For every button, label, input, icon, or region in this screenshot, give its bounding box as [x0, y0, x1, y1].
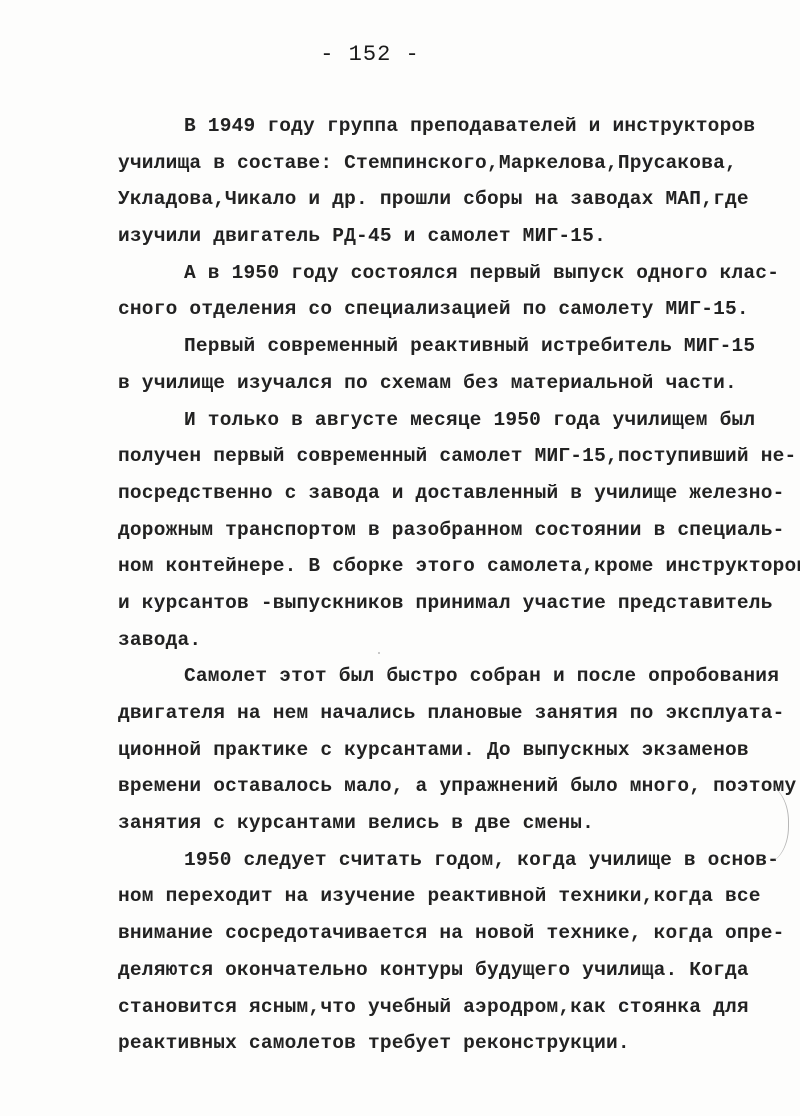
text-line: 1950 следует считать годом, когда училищ… — [118, 842, 798, 879]
text-line: реактивных самолетов требует реконструкц… — [118, 1025, 798, 1062]
paragraph: Первый современный реактивный истребител… — [118, 328, 798, 401]
text-line: ционной практике с курсантами. До выпуск… — [118, 732, 798, 769]
text-line: Укладова,Чикало и др. прошли сборы на за… — [118, 181, 798, 218]
text-line: внимание сосредотачивается на новой техн… — [118, 915, 798, 952]
scan-speck — [120, 1050, 122, 1052]
text-line: двигателя на нем начались плановые занят… — [118, 695, 798, 732]
page-number: - 152 - — [0, 42, 740, 67]
paragraph: 1950 следует считать годом, когда училищ… — [118, 842, 798, 1062]
paragraph: И только в августе месяце 1950 года учил… — [118, 402, 798, 659]
text-line: И только в августе месяце 1950 года учил… — [118, 402, 798, 439]
text-line: А в 1950 году состоялся первый выпуск од… — [118, 255, 798, 292]
text-line: получен первый современный самолет МИГ-1… — [118, 438, 798, 475]
text-line: посредственно с завода и доставленный в … — [118, 475, 798, 512]
text-line: изучили двигатель РД-45 и самолет МИГ-15… — [118, 218, 798, 255]
body-text: В 1949 году группа преподавателей и инст… — [118, 108, 798, 1062]
text-line: ном переходит на изучение реактивной тех… — [118, 878, 798, 915]
text-line: становится ясным,что учебный аэродром,ка… — [118, 989, 798, 1026]
paragraph: А в 1950 году состоялся первый выпуск од… — [118, 255, 798, 328]
text-line: В 1949 году группа преподавателей и инст… — [118, 108, 798, 145]
text-line: Первый современный реактивный истребител… — [118, 328, 798, 365]
scan-speck — [378, 652, 380, 654]
scan-speck — [600, 965, 602, 967]
text-line: в училище изучался по схемам без материа… — [118, 365, 798, 402]
document-page: - 152 - В 1949 году группа преподавателе… — [0, 0, 800, 1116]
text-line: дорожным транспортом в разобранном состо… — [118, 512, 798, 549]
text-line: деляются окончательно контуры будущего у… — [118, 952, 798, 989]
text-line: ном контейнере. В сборке этого самолета,… — [118, 548, 798, 585]
text-line: училища в составе: Стемпинского,Маркелов… — [118, 145, 798, 182]
paragraph: Самолет этот был быстро собран и после о… — [118, 658, 798, 841]
text-line: сного отделения со специализацией по сам… — [118, 291, 798, 328]
paragraph: В 1949 году группа преподавателей и инст… — [118, 108, 798, 255]
text-line: и курсантов -выпускников принимал участи… — [118, 585, 798, 622]
text-line: времени оставалось мало, а упражнений бы… — [118, 768, 798, 805]
text-line: завода. — [118, 622, 798, 659]
text-line: занятия с курсантами велись в две смены. — [118, 805, 798, 842]
text-line: Самолет этот был быстро собран и после о… — [118, 658, 798, 695]
